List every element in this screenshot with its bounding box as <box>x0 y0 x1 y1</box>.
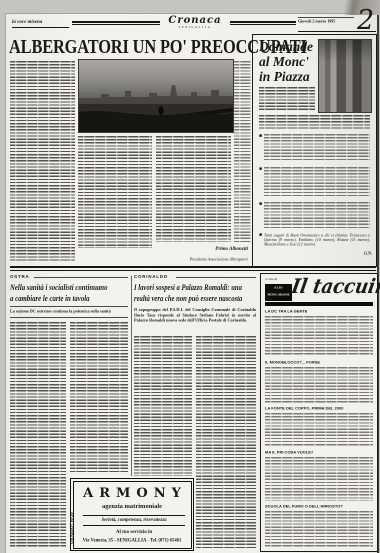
ostra-kicker: OSTRA <box>10 274 50 281</box>
headline-line: Nella sanità i socialisti continuano <box>10 282 106 293</box>
sidebar-text-block <box>264 167 370 197</box>
article-signature: Primo Albonetti Presidente Associazione … <box>160 246 248 262</box>
rule <box>10 317 128 318</box>
sidebar-signature: G.N. <box>348 251 372 259</box>
section-sub-label: SENIGALLIA <box>172 26 218 31</box>
sidebar-title-line: al Monc' <box>259 54 321 69</box>
sidebar-text-block <box>264 134 370 162</box>
sidebar-bullet-paragraph: ■ <box>259 134 370 162</box>
main-headline: ALBERGATORI UN PO' PREOCCUPATI <box>9 36 211 58</box>
sidebar-article-box: Domande al Monc' in Piazza ■ ■ ■ ■ Tanti… <box>252 34 377 267</box>
rule <box>10 270 376 271</box>
square-bullet-icon: ■ <box>259 233 262 255</box>
newspaper-scan-page: la voce misena Cronaca SENIGALLIA Gioved… <box>0 0 380 553</box>
rule <box>72 21 160 23</box>
headline-line: I lavori sospesi a Palazzo Romaldi: una <box>134 282 229 293</box>
ad-address: Via Venezia, 35 - SENIGALLIA - Tel. (071… <box>75 538 189 545</box>
signature-name: Primo Albonetti <box>160 246 248 252</box>
headline-line: realtà vera che non può essere nascosta <box>134 293 229 304</box>
sidebar-title-line: in Piazza <box>259 69 321 84</box>
taccuino-logo-bar <box>265 302 373 306</box>
signature-role: Presidente Associazione Albergatori <box>160 257 248 262</box>
taccuino-heading: MA IL PRI COSA VUOLE? <box>265 450 373 456</box>
sidebar-text-block <box>264 202 370 228</box>
taccuino-text-block <box>265 413 373 447</box>
article-text-column <box>156 136 231 242</box>
corinaldo-kicker: CORINALDO <box>134 274 194 281</box>
ostra-subhead: La sezione DC ostrense continua la polem… <box>10 309 128 316</box>
sidebar-text-block <box>259 115 370 129</box>
taccuino-credit-badge: ELIO MONCARONE <box>265 284 292 301</box>
article-text-column <box>78 136 152 248</box>
square-bullet-icon: ■ <box>259 134 262 162</box>
page-number: 2 <box>357 5 377 35</box>
rule <box>34 277 128 278</box>
sidebar-bullet-paragraph: ■ <box>259 202 370 228</box>
taccuino-heading: LA DC TRA LA GENTE <box>265 309 373 315</box>
square-bullet-icon: ■ <box>259 202 262 228</box>
seascape-skyline-graphic <box>79 60 233 132</box>
rule <box>230 21 296 23</box>
article-text-column <box>70 322 128 474</box>
corinaldo-subhead: Il capogruppo del P.S.D.I. del Consiglio… <box>134 307 256 329</box>
ad-service-line: Al tuo servizio in <box>83 529 185 536</box>
armony-ad-box: ORARIO: 16-20 ARMONY agenzia matrimonial… <box>70 478 194 551</box>
column-divider <box>131 276 132 476</box>
taccuino-heading: IL MONOBLOCCO?... FORSE <box>265 360 373 366</box>
article-text-column <box>134 336 192 476</box>
rule <box>12 27 69 28</box>
taccuino-logo: Il taccuino <box>289 274 368 301</box>
rule <box>83 515 185 516</box>
taccuino-text-block <box>265 457 373 501</box>
date-line: Giovedì 2 marzo 1995 <box>298 19 356 26</box>
article-text-column <box>10 322 66 548</box>
taccuino-heading: SCUOLA DEL FUMO O DELL'ARROSTO? <box>265 504 373 510</box>
article-text-column <box>196 336 256 548</box>
headline-line: a cambiare le carte in tavola <box>10 293 106 304</box>
rule <box>83 525 185 526</box>
article-text-column <box>234 61 251 243</box>
rule <box>72 24 160 25</box>
taccuino-text-block <box>265 511 373 547</box>
taccuino-box: a cura di ELIO MONCARONE Il taccuino LA … <box>260 273 378 552</box>
sidebar-title-line: Domande <box>259 39 321 54</box>
main-article-photo <box>78 59 234 133</box>
sidebar-bullet-paragraph: ■ <box>259 167 370 197</box>
rule <box>230 24 296 25</box>
ostra-headline: Nella sanità i socialisti continuano a c… <box>10 282 106 305</box>
auguri-text: Tanti auguri di Buon Onomastico a chi si… <box>264 233 370 247</box>
ad-motto: Serietà, competenza, riservatezza <box>83 517 185 524</box>
rule <box>10 306 128 307</box>
sidebar-photo <box>318 39 372 113</box>
ad-orario-vertical: ORARIO: 16-20 <box>73 484 83 544</box>
taccuino-credit-prefix: a cura di <box>265 277 293 283</box>
taccuino-text-block <box>265 367 373 403</box>
article-text-column <box>10 61 75 261</box>
square-bullet-icon: ■ <box>259 167 262 197</box>
corinaldo-headline: I lavori sospesi a Palazzo Romaldi: una … <box>134 282 229 305</box>
taccuino-text-block <box>265 316 373 356</box>
rule <box>10 266 376 268</box>
sidebar-text-block <box>259 87 315 111</box>
rule <box>298 17 354 18</box>
rule <box>176 277 256 278</box>
taccuino-heading: LA FONTE DEL COPPO, PRIMA DEL 2000 <box>265 406 373 412</box>
sidebar-title: Domande al Monc' in Piazza <box>259 39 321 84</box>
